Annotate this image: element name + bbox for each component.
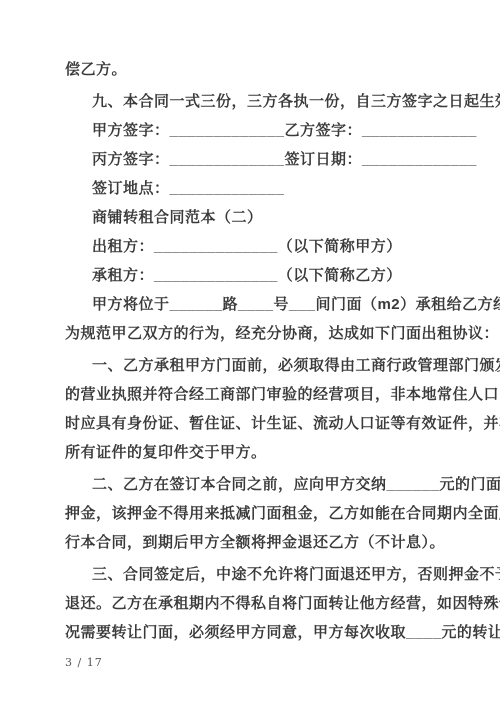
clause-three-line-3: 况需要转让门面，必须经甲方同意，甲方每次收取____元的转让管: [65, 618, 455, 647]
party-a-b-signature-line: 甲方签字：_____________乙方签字：_____________: [65, 116, 455, 145]
contract-document-page: 偿乙方。 九、本合同一式三份，三方各执一份，自三方签字之日起生效。 甲方签字：_…: [0, 0, 500, 707]
clause-one-line-3: 时应具有身份证、暂住证、计生证、流动人口证等有效证件，并将: [65, 409, 455, 438]
clause-one-line-4: 所有证件的复印件交于甲方。: [65, 438, 455, 467]
section-title: 商铺转租合同范本（二）: [65, 203, 455, 232]
lessor-line: 出租方：______________（以下简称甲方）: [65, 232, 455, 261]
clause-two-line-3: 行本合同，到期后甲方全额将押金退还乙方（不计息）。: [65, 528, 455, 557]
page-number: 3 / 17: [65, 656, 455, 669]
premises-description-line: 甲方将位于______路____号___间门面（m2）承租给乙方经营，: [65, 290, 455, 319]
clause-two-line-1: 二、乙方在签订本合同之前，应向甲方交纳______元的门面: [65, 470, 455, 499]
lessee-line: 承租方：______________（以下简称乙方）: [65, 261, 455, 290]
paragraph-continuation-line: 偿乙方。: [65, 55, 455, 84]
signing-location-line: 签订地点：_____________: [65, 174, 455, 203]
clause-three-line-2: 退还。乙方在承租期内不得私自将门面转让他方经营，如因特殊情: [65, 589, 455, 618]
party-c-signature-date-line: 丙方签字：_____________签订日期：_____________: [65, 145, 455, 174]
clause-two-line-2: 押金，该押金不得用来抵减门面租金，乙方如能在合同期内全面履: [65, 499, 455, 528]
clause-nine-line: 九、本合同一式三份，三方各执一份，自三方签字之日起生效。: [65, 87, 455, 116]
clause-one-line-2: 的营业执照并符合经工商部门审验的经营项目，非本地常住人口同: [65, 380, 455, 409]
clause-three-line-1: 三、合同签定后，中途不允许将门面退还甲方，否则押金不予: [65, 560, 455, 589]
agreement-intro-line: 为规范甲乙双方的行为，经充分协商，达成如下门面出租协议：: [65, 319, 455, 348]
clause-one-line-1: 一、乙方承租甲方门面前，必须取得由工商行政管理部门颁发: [65, 351, 455, 380]
